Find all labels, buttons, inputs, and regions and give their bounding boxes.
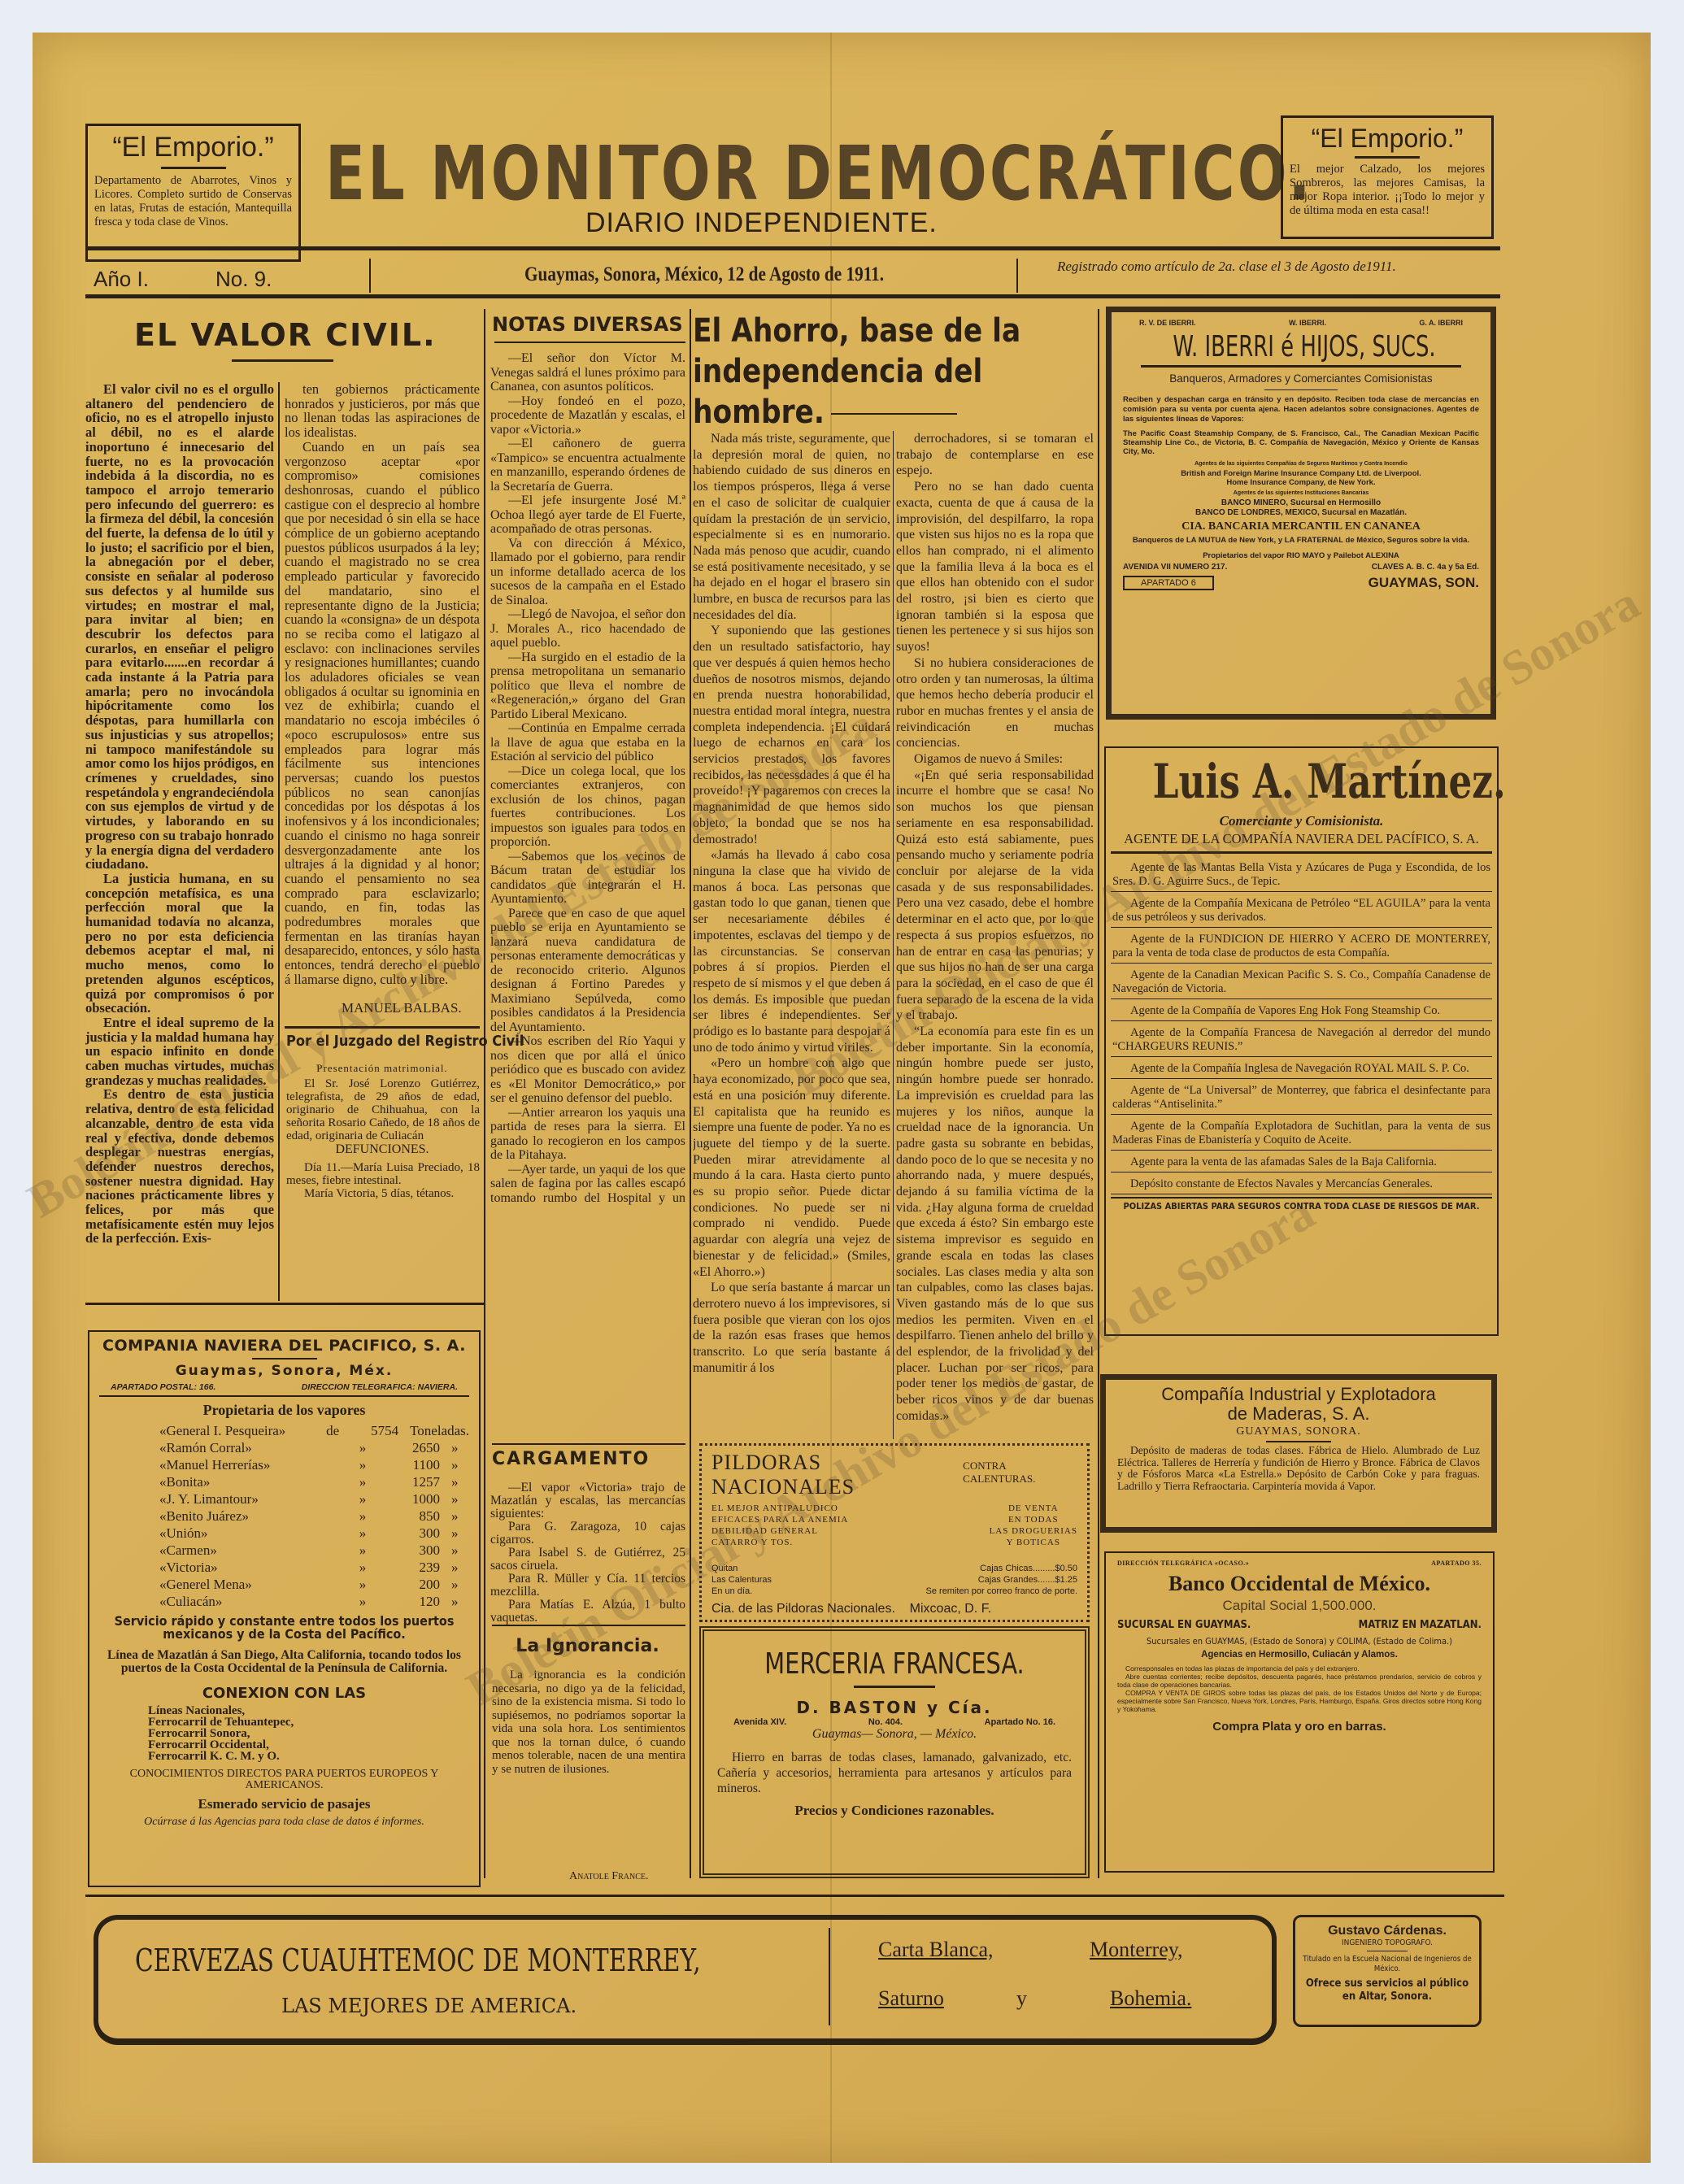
naviera-pasajes: Esmerado servicio de pasajes [99,1796,469,1812]
ship-de: » [342,1490,383,1507]
cardenas-offer: Ofrece sus servicios al público en Altar… [1302,1977,1473,2003]
cargamento-body: —El vapor «Victoria» trajo de Mazatlán y… [490,1481,685,1625]
brand-bohemia: Bohemia. [1110,1986,1191,2011]
ear-right-ad: “El Emporio.” El mejor Calzado, los mejo… [1281,115,1494,239]
masthead-rule-top [85,246,1500,250]
merceria-ad: MERCERIA FRANCESA. D. BASTON y Cía. Aven… [699,1626,1090,1878]
ignorancia-body: La ignorancia es la condición necesaria,… [492,1668,685,1776]
column-rule [690,309,691,1878]
ship-row: «General I. Pesqueira»de5754Toneladas. [159,1422,469,1439]
agency-item: Agente de la Canadian Mexican Pacific S.… [1111,966,1492,999]
divider [1016,259,1018,293]
ship-de: » [342,1576,383,1593]
iberri-ins-head: Agentes de las siguientes Compañías de S… [1123,461,1479,467]
ship-unit: Toneladas. [410,1422,469,1439]
ear-left-title: “El Emporio.” [94,131,292,163]
ship-row: «Ramón Corral»»2650» [159,1439,469,1456]
naviera-conocimientos: CONOCIMIENTOS DIRECTOS PARA PUERTOS EURO… [99,1769,469,1791]
divider [85,1303,484,1305]
ship-name: «Victoria» [159,1559,342,1576]
brand-carta-blanca: Carta Blanca, [878,1938,994,1962]
pildoras-footer: Cia. de las Pildoras Nacionales. Mixcoac… [711,1602,1077,1616]
banco-agencias: Agencias en Hermosillo, Culiacán y Alamo… [1117,1650,1482,1660]
naviera-conexion: CONEXION CON LAS [99,1685,469,1702]
ship-tons: 300 [383,1542,440,1559]
banco-footer: Compra Plata y oro en barras. [1117,1720,1482,1734]
ship-name: «Ramón Corral» [159,1439,342,1456]
cardenas-role: INGENIERO TOPOGRAFO. [1302,1938,1473,1947]
issue-number: No. 9. [215,267,272,292]
masthead-rule-bottom [85,294,1500,298]
ear-left-body: Departamento de Abarrotes, Vinos y Licor… [94,174,292,229]
divider [492,1443,685,1445]
ship-unit: » [451,1525,459,1542]
brand-monterrey: Monterrey, [1090,1938,1183,1962]
divider [1266,1441,1331,1442]
naviera-ad: COMPANIA NAVIERA DEL PACIFICO, S. A. Gua… [88,1330,481,1887]
ear-right-title: “El Emporio.” [1290,123,1485,154]
cardenas-name: Gustavo Cárdenas. [1302,1924,1473,1938]
issue-year: Año I. [94,267,149,292]
valor-civil-title: EL VALOR CIVIL. [134,317,437,353]
naviera-apartado: APARTADO POSTAL: 166. [111,1382,215,1392]
iberri-apartado: APARTADO 6 [1123,576,1214,590]
ship-tons: 300 [383,1525,440,1542]
agency-item: Agente de la Compañía de Vapores Eng Hok… [1111,1002,1492,1021]
iberri-ad: R. V. DE IBERRI.W. IBERRI.G. A. IBERRI W… [1106,307,1496,720]
valor-civil-col2: ten gobiernos prácticamente honrados y j… [285,382,480,1016]
ship-de: » [342,1473,383,1490]
ship-unit: » [451,1593,459,1610]
ear-right-body: El mejor Calzado, los mejores Sombreros,… [1290,163,1485,218]
ship-tons: 2650 [383,1439,440,1456]
ship-name: «Manuel Herrerías» [159,1456,342,1473]
ship-unit: » [451,1559,459,1576]
notas-body: —El señor don Víctor M. Venegas saldrá e… [490,351,685,1205]
iberri-banks: BANCO MINERO, Sucursal en HermosilloBANC… [1123,498,1479,518]
divider [369,259,371,293]
maderas-body: Depósito de maderas de todas clases. Fáb… [1117,1445,1480,1492]
ship-de: » [342,1559,383,1576]
pildoras-title: PILDORAS NACIONALES [711,1451,963,1499]
iberri-subtitle: Banqueros, Armadores y Comerciantes Comi… [1123,372,1479,385]
ship-tons: 1100 [383,1456,440,1473]
ship-row: «Victoria»»239» [159,1559,469,1576]
ignorancia-author: Anatole France. [569,1870,649,1883]
pildoras-title2: CONTRA CALENTURAS. [963,1460,1077,1486]
ship-tons: 5754 [350,1422,398,1439]
cerveza-ad: CERVEZAS CUAUHTEMOC DE MONTERREY, LAS ME… [94,1915,854,2045]
naviera-service: Servicio rápido y constante entre todos … [99,1615,469,1641]
masthead-subtitle: DIARIO INDEPENDIENTE. [585,207,938,239]
ship-row: «Manuel Herrerías»»1100» [159,1456,469,1473]
banco-sucursales: Sucursales en GUAYMAS, (Estado de Sonora… [1117,1636,1482,1647]
iberri-claves: CLAVES A. B. C. 4a y 5a Ed. [1372,563,1479,572]
naviera-footer: Ocúrrase á las Agencias para toda clase … [99,1816,469,1829]
martinez-footer: POLIZAS ABIERTAS PARA SEGUROS CONTRA TOD… [1111,1197,1492,1212]
registration-notice: Registrado como artículo de 2a. clase el… [1057,259,1396,275]
maderas-title2: de Maderas, S. A. [1117,1404,1480,1424]
agency-item: Agente de la Compañía Inglesa de Navegac… [1111,1059,1492,1079]
divider [85,1895,1504,1897]
martinez-agent: AGENTE DE LA COMPAÑÍA NAVIERA DEL PACÍFI… [1111,831,1492,847]
iberri-address: AVENIDA VII NUMERO 217. [1123,563,1227,572]
banco-body: Corresponsales en todas las plazas de im… [1117,1664,1482,1713]
ship-unit: » [451,1473,459,1490]
registro-defunciones: Día 11.—María Luisa Preciado, 18 meses, … [286,1161,480,1200]
divider [1264,389,1338,390]
ship-tons: 239 [383,1559,440,1576]
agency-item: Agente de la FUNDICION DE HIERRO Y ACERO… [1111,930,1492,964]
martinez-agencies: Agente de las Mantas Bella Vista y Azúca… [1111,859,1492,1194]
valor-civil-author: MANUEL BALBAS. [342,1000,462,1016]
agency-item: Agente de la Compañía Explotadora de Suc… [1111,1117,1492,1151]
banco-ad: DIRECCIÓN TELEGRÁFICA «OCASO.»APARTADO 3… [1104,1551,1495,1873]
ship-unit: » [451,1439,459,1456]
pildoras-benefits: EL MEJOR ANTIPALUDICOEFICACES PARA LA AN… [711,1503,848,1548]
iberri-title: W. IBERRI é HIJOS, SUCS. [1173,330,1429,363]
cardenas-titulo: Titulado en la Escuela Nacional de Ingen… [1302,1955,1473,1974]
notas-title: NOTAS DIVERSAS [492,313,683,336]
iberri-insurance: British and Foreign Marine Insurance Com… [1123,469,1479,487]
agency-item: Depósito constante de Efectos Navales y … [1111,1175,1492,1194]
ship-de: » [342,1542,383,1559]
ship-row: «Carmen»»300» [159,1542,469,1559]
ship-de: » [342,1456,383,1473]
registro-sub2: DEFUNCIONES. [285,1142,480,1157]
ship-unit: » [451,1507,459,1525]
iberri-cia: CIA. BANCARIA MERCANTIL EN CANANEA [1123,520,1479,533]
ship-row: «Benito Juárez»»850» [159,1507,469,1525]
martinez-role: Comerciante y Comisionista. [1111,813,1492,829]
cerveza-subtitle: LAS MEJORES DE AMERICA. [281,1995,577,2017]
naviera-line: Línea de Mazatlán á San Diego, Alta Cali… [99,1649,469,1675]
ship-tons: 850 [383,1507,440,1525]
divider [1355,156,1420,159]
pildoras-quitan: QuitanLas CalenturasEn un día. [711,1563,772,1597]
divider [1111,851,1492,854]
merceria-city: Guaymas— Sonora, — México. [717,1727,1072,1742]
ship-de: de [315,1422,350,1439]
ship-unit: » [451,1490,459,1507]
ship-name: «Culiacán» [159,1593,342,1610]
divider [285,1026,480,1029]
banco-sucursal: SUCURSAL EN GUAYMAS. [1117,1619,1251,1631]
ship-name: «Benito Juárez» [159,1507,342,1525]
cardenas-ad: Gustavo Cárdenas. INGENIERO TOPOGRAFO. T… [1293,1915,1482,2027]
merceria-footer: Precios y Condiciones razonables. [717,1803,1072,1819]
ship-tons: 120 [383,1593,440,1610]
naviera-telegrafo: DIRECCION TELEGRAFICA: NAVIERA. [302,1382,458,1392]
merceria-body: Hierro en barras de todas clases, lamana… [717,1750,1072,1796]
divider [831,413,957,415]
iberri-lines: The Pacific Coast Steamship Company, de … [1123,429,1479,456]
maderas-title1: Compañía Industrial y Explotadora [1117,1385,1480,1404]
valor-civil-col1: El valor civil no es el orgullo altanero… [85,382,274,1285]
ship-name: «J. Y. Limantour» [159,1490,342,1507]
divider [829,1928,830,2025]
martinez-ad: Luis A. Martínez. Comerciante y Comision… [1104,746,1499,1336]
banco-apartado: APARTADO 35. [1431,1560,1482,1567]
agency-item: Agente de la Compañía Francesa de Navega… [1111,1024,1492,1057]
ship-tons: 1257 [383,1473,440,1490]
naviera-fleet-title: Propietaria de los vapores [99,1402,469,1419]
ship-de: » [342,1525,383,1542]
pildoras-prices: Cajas Chicas.........$0.50Cajas Grandes.… [926,1563,1077,1597]
ship-name: «Unión» [159,1525,342,1542]
divider [161,167,226,169]
ship-tons: 200 [383,1576,440,1593]
ship-row: «Unión»»300» [159,1525,469,1542]
masthead-title: EL MONITOR DEMOCRÁTICO. [325,130,1313,217]
registro-body1: El Sr. José Lorenzo Gutiérrez, telegrafi… [286,1077,480,1142]
naviera-city: Guaymas, Sonora, Méx. [99,1363,469,1379]
martinez-name: Luis A. Martínez. [1153,753,1451,810]
iberri-owners: Propietarios del vapor RIO MAYO y Paileb… [1123,551,1479,560]
column-rule [278,382,280,1301]
naviera-fleet-list: «General I. Pesqueira»de5754Toneladas.«R… [159,1422,469,1610]
ear-left-ad: “El Emporio.” Departamento de Abarrotes,… [85,124,301,262]
ship-name: «Generel Mena» [159,1576,342,1593]
registro-title: Por el Juzgado del Registro Civil [286,1033,524,1050]
merceria-firm: D. BASTON y Cía. [717,1698,1072,1717]
divider [232,359,333,362]
ship-de: » [342,1593,383,1610]
iberri-city: GUAYMAS, SON. [1369,575,1479,591]
divider [1141,365,1461,368]
ship-unit: » [451,1456,459,1473]
merceria-title: MERCERIA FRANCESA. [753,1647,1037,1681]
maderas-city: GUAYMAS, SONORA. [1117,1425,1480,1438]
ship-name: «General I. Pesqueira» [159,1422,315,1439]
ship-name: «Bonita» [159,1473,342,1490]
naviera-title: COMPANIA NAVIERA DEL PACIFICO, S. A. [99,1337,469,1355]
ship-name: «Carmen» [159,1542,342,1559]
divider [494,342,685,343]
ship-row: «J. Y. Limantour»»1000» [159,1490,469,1507]
divider [492,1625,685,1626]
agency-item: Agente de la Compañía Mexicana de Petról… [1111,894,1492,928]
column-rule [893,431,894,1439]
banco-telegrafo: DIRECCIÓN TELEGRÁFICA «OCASO.» [1117,1560,1249,1567]
divider [1367,1951,1408,1951]
agency-item: Agente de las Mantas Bella Vista y Azúca… [1111,859,1492,892]
ship-unit: » [451,1576,459,1593]
brand-saturno: Saturno [878,1986,944,2011]
divider [854,1686,935,1688]
ship-row: «Bonita»»1257» [159,1473,469,1490]
ship-tons: 1000 [383,1490,440,1507]
pildoras-availability: DE VENTAEN TODAS LAS DROGUERIASY BOTICAS [990,1503,1077,1548]
dateline: Guaymas, Sonora, México, 12 de Agosto de… [524,263,884,286]
brand-and: y [1016,1986,1027,2011]
cerveza-brands: Carta Blanca, Monterrey, Saturno y Bohem… [854,1915,1277,2045]
ship-row: «Culiacán»»120» [159,1593,469,1610]
ahorro-col2: derrochadores, si se tomaran el trabajo … [896,431,1094,1447]
cerveza-title: CERVEZAS CUAUHTEMOC DE MONTERREY, [135,1943,701,1978]
iberri-banks-head: Agentes de las siguientes Instituciones … [1123,490,1479,496]
agency-item: Agente de “La Universal” de Monterrey, q… [1111,1081,1492,1115]
ship-row: «Generel Mena»»200» [159,1576,469,1593]
banco-capital: Capital Social 1,500.000. [1117,1598,1482,1614]
divider [252,1358,317,1360]
banco-matriz: MATRIZ EN MAZATLAN. [1359,1619,1482,1631]
iberri-body: Reciben y despachan carga en tránsito y … [1123,395,1479,424]
iberri-mutua: Banqueros de LA MUTUA de New York, y LA … [1123,536,1479,545]
ship-unit: » [451,1542,459,1559]
banco-title: Banco Occidental de México. [1117,1572,1482,1596]
cargamento-title: CARGAMENTO [492,1449,650,1469]
agency-item: Agente para la venta de las afamadas Sal… [1111,1153,1492,1172]
column-rule [484,309,485,1878]
maderas-ad: Compañía Industrial y Explotadora de Mad… [1100,1374,1497,1533]
ship-de: » [342,1439,383,1456]
ship-de: » [342,1507,383,1525]
column-rule [1098,309,1099,1878]
pildoras-ad: PILDORAS NACIONALES CONTRA CALENTURAS. E… [699,1443,1090,1622]
ahorro-col1: Nada más triste, seguramente, que la dep… [693,431,890,1447]
ignorancia-title: La Ignorancia. [488,1636,687,1656]
naviera-railways: Líneas Nacionales,Ferrocarril de Tehuant… [148,1705,469,1762]
registro-sub1: Presentación matrimonial. [285,1062,480,1075]
